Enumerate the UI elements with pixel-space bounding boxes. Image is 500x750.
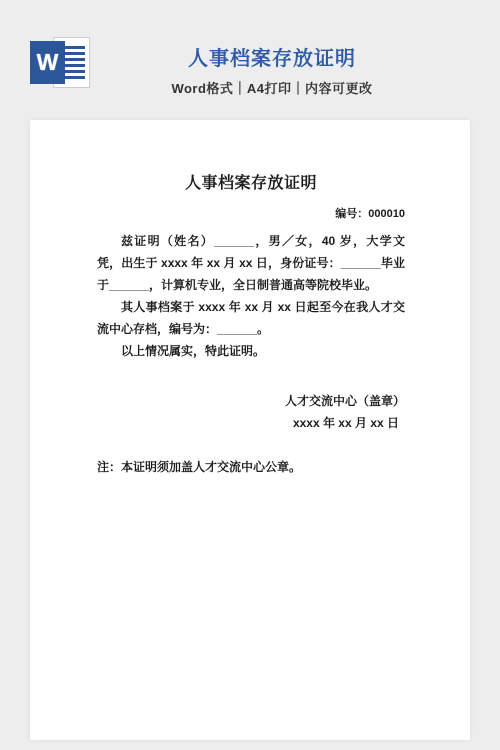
template-title: 人事档案存放证明: [44, 42, 500, 71]
document-number: 编号：000010: [97, 205, 405, 221]
document-paragraph-1: 兹证明（姓名）______，男／女，40 岁，大学文凭，出生于 xxxx 年 x…: [97, 230, 405, 296]
document-note: 注：本证明须加盖人才交流中心公章。: [97, 456, 405, 478]
template-preview-header: W 人事档案存放证明 Word格式｜A4打印｜内容可更改: [0, 0, 500, 115]
signature-block: 人才交流中心（盖章） xxxx 年 xx 月 xx 日: [97, 390, 405, 434]
template-format-subtitle: Word格式｜A4打印｜内容可更改: [44, 78, 500, 97]
document-title: 人事档案存放证明: [97, 170, 405, 193]
document-page: 人事档案存放证明 编号：000010 兹证明（姓名）______，男／女，40 …: [30, 120, 470, 740]
signature-organization: 人才交流中心（盖章）: [97, 390, 405, 412]
document-paragraph-2: 其人事档案于 xxxx 年 xx 月 xx 日起至今在我人才交流中心存档，编号为…: [97, 296, 405, 340]
signature-date: xxxx 年 xx 月 xx 日: [97, 412, 405, 434]
header-text-block: 人事档案存放证明 Word格式｜A4打印｜内容可更改: [0, 42, 500, 97]
document-paragraph-3: 以上情况属实，特此证明。: [97, 340, 405, 362]
